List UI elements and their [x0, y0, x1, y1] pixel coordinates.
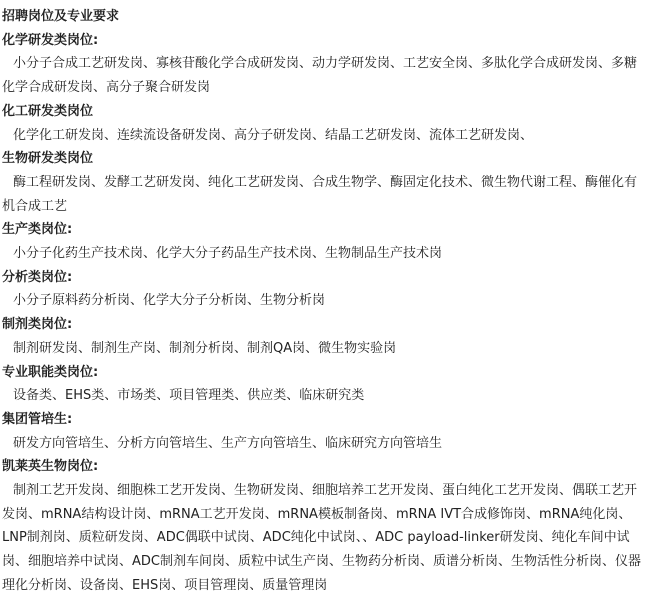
section-analysis: 分析类岗位: 小分子原料药分析岗、化学大分子分析岗、生物分析岗 [2, 266, 643, 313]
section-chemistry-rd: 化学研发类岗位: 小分子合成工艺研发岗、寡核苷酸化学合成研发岗、动力学研发岗、工… [2, 29, 643, 100]
section-heading: 集团管培生: [2, 408, 643, 432]
section-asymchem-biologics: 凯莱英生物岗位: 制剂工艺开发岗、细胞株工艺开发岗、生物研发岗、细胞培养工艺开发… [2, 455, 643, 597]
section-heading: 生产类岗位: [2, 218, 643, 242]
section-body: 研发方向管培生、分析方向管培生、生产方向管培生、临床研究方向管培生 [2, 432, 643, 456]
section-production: 生产类岗位: 小分子化药生产技术岗、化学大分子药品生产技术岗、生物制品生产技术岗 [2, 218, 643, 265]
section-body: 酶工程研发岗、发酵工艺研发岗、纯化工艺研发岗、合成生物学、酶固定化技术、微生物代… [2, 171, 643, 218]
page-title: 招聘岗位及专业要求 [2, 5, 643, 29]
section-heading: 生物研发类岗位 [2, 147, 643, 171]
section-body: 小分子合成工艺研发岗、寡核苷酸化学合成研发岗、动力学研发岗、工艺安全岗、多肽化学… [2, 52, 643, 99]
section-heading: 制剂类岗位: [2, 313, 643, 337]
section-heading: 分析类岗位: [2, 266, 643, 290]
section-body: 化学化工研发岗、连续流设备研发岗、高分子研发岗、结晶工艺研发岗、流体工艺研发岗、 [2, 124, 643, 148]
section-body: 设备类、EHS类、市场类、项目管理类、供应类、临床研究类 [2, 384, 643, 408]
section-body: 制剂工艺开发岗、细胞株工艺开发岗、生物研发岗、细胞培养工艺开发岗、蛋白纯化工艺开… [2, 479, 643, 598]
section-heading: 化工研发类岗位 [2, 100, 643, 124]
section-heading: 凯莱英生物岗位: [2, 455, 643, 479]
section-formulation: 制剂类岗位: 制剂研发岗、制剂生产岗、制剂分析岗、制剂QA岗、微生物实验岗 [2, 313, 643, 360]
section-body: 小分子化药生产技术岗、化学大分子药品生产技术岗、生物制品生产技术岗 [2, 242, 643, 266]
recruitment-document: 招聘岗位及专业要求 化学研发类岗位: 小分子合成工艺研发岗、寡核苷酸化学合成研发… [0, 0, 647, 598]
section-body: 制剂研发岗、制剂生产岗、制剂分析岗、制剂QA岗、微生物实验岗 [2, 337, 643, 361]
section-biology-rd: 生物研发类岗位 酶工程研发岗、发酵工艺研发岗、纯化工艺研发岗、合成生物学、酶固定… [2, 147, 643, 218]
section-chemical-engineering-rd: 化工研发类岗位 化学化工研发岗、连续流设备研发岗、高分子研发岗、结晶工艺研发岗、… [2, 100, 643, 147]
section-professional-functions: 专业职能类岗位: 设备类、EHS类、市场类、项目管理类、供应类、临床研究类 [2, 361, 643, 408]
section-heading: 化学研发类岗位: [2, 29, 643, 53]
section-group-trainee: 集团管培生: 研发方向管培生、分析方向管培生、生产方向管培生、临床研究方向管培生 [2, 408, 643, 455]
section-body: 小分子原料药分析岗、化学大分子分析岗、生物分析岗 [2, 289, 643, 313]
section-heading: 专业职能类岗位: [2, 361, 643, 385]
